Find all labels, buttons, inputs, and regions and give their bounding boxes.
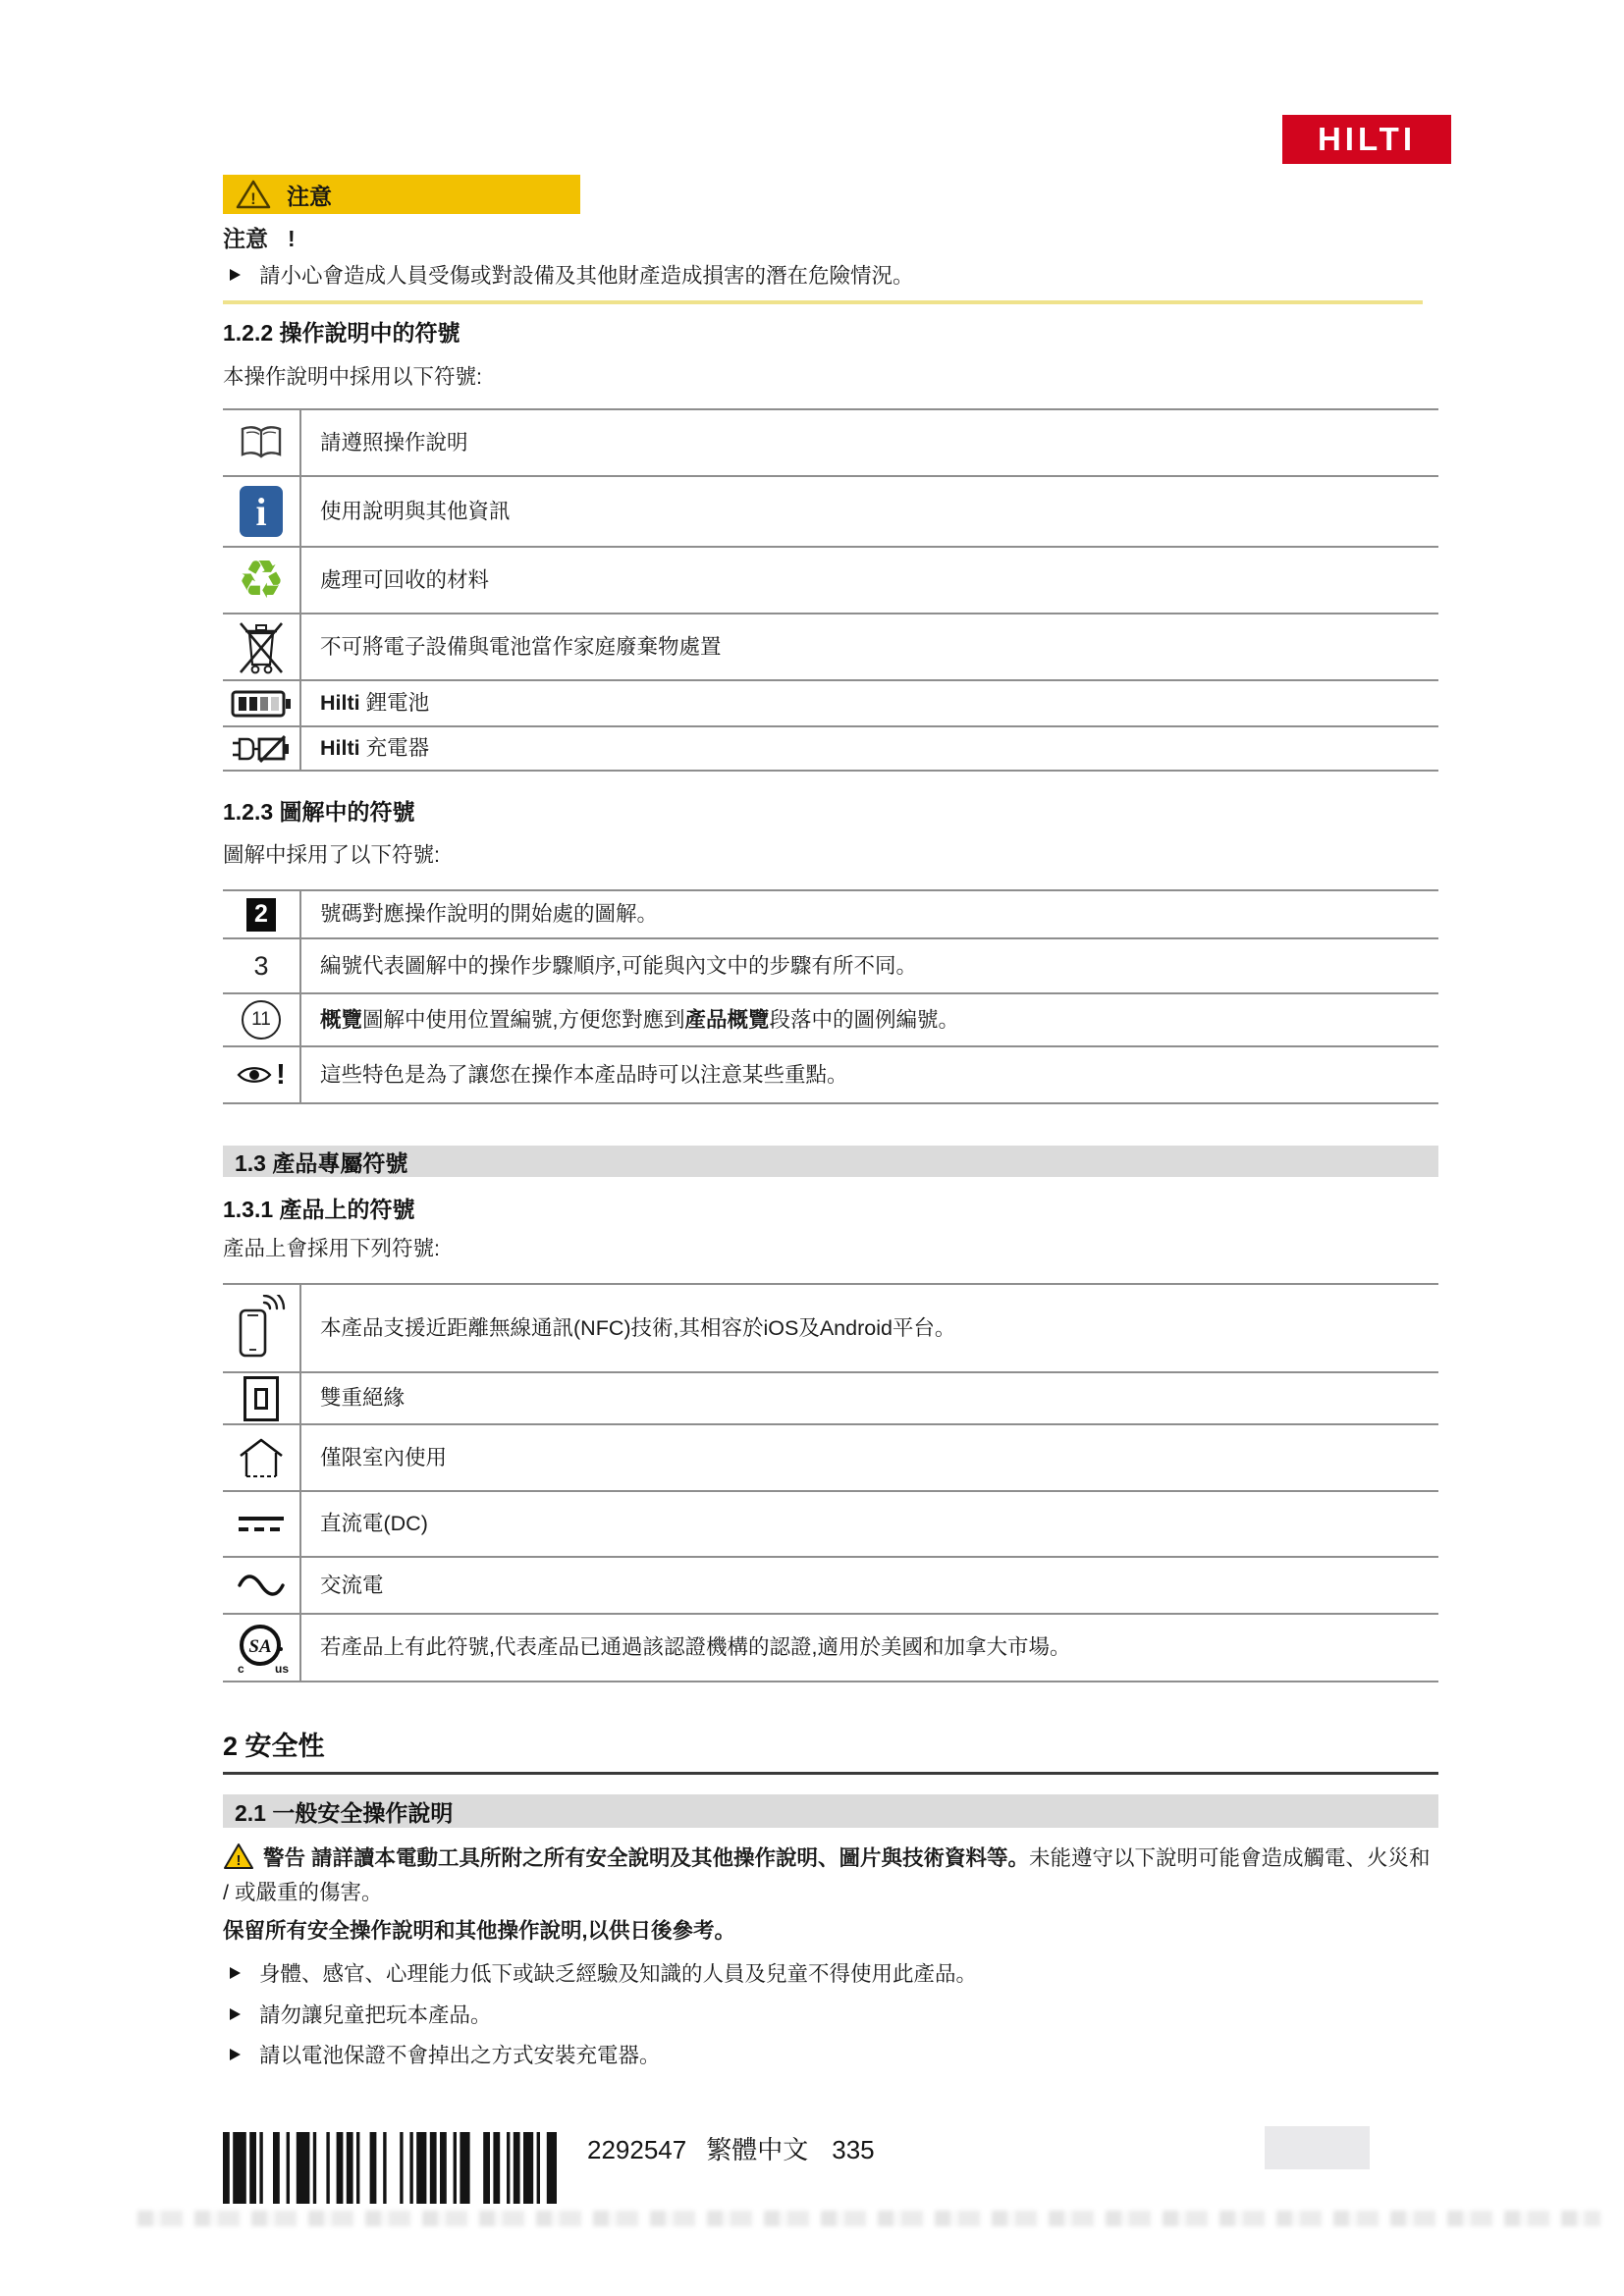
svg-text:c: c xyxy=(238,1662,244,1676)
symbol-description-text: 不可將電子設備與電池當作家庭廢棄物處置 xyxy=(320,633,722,661)
symbol-description-text: 這些特色是為了讓您在操作本產品時可以注意某些重點。 xyxy=(320,1061,848,1089)
caution-banner: ! 注意 xyxy=(223,175,580,214)
section-1-2-2: 1.2.2 操作說明中的符號 本操作說明中採用以下符號: 請遵照操作說明i使用說… xyxy=(223,321,1438,772)
symbol-description: 編號代表圖解中的操作步驟順序,可能與內文中的步驟有所不同。 xyxy=(301,939,1438,992)
number-11-icon: 11 xyxy=(223,994,301,1045)
footer-gray-box xyxy=(1265,2126,1370,2169)
section-bar-heading: 1.3 產品專屬符號 xyxy=(223,1146,1438,1177)
page-info: 2292547繁體中文335 xyxy=(587,2130,875,2166)
text-segment: 本產品支援近距離無線通訊(NFC)技術,其相容於iOS及Android平台。 xyxy=(320,1316,955,1340)
caution-title-word: 注意 xyxy=(223,226,268,251)
section-1-3: 1.3 產品專屬符號 1.3.1 產品上的符號 產品上會採用下列符號: 本產品支… xyxy=(223,1146,1438,1682)
text-segment: 概覽 xyxy=(320,1008,362,1032)
symbol-description-text: Hilti 鋰電池 xyxy=(320,689,429,717)
bullet-triangle-icon xyxy=(230,1967,241,1979)
safety-bullet: 身體、感官、心理能力低下或缺乏經驗及知識的人員及兒童不得使用此產品。 xyxy=(223,1960,1438,1988)
symbol-description: Hilti 充電器 xyxy=(301,727,1438,770)
symbol-description: 概覽圖解中使用位置編號,方便您對應到產品概覽段落中的圖例編號。 xyxy=(301,994,1438,1045)
symbol-description: 處理可回收的材料 xyxy=(301,548,1438,613)
recycle-icon: ♻ xyxy=(223,548,301,613)
table-row: 雙重絕緣 xyxy=(223,1371,1438,1423)
text-segment: 充電器 xyxy=(360,736,429,760)
caution-note-block: ! 注意 注意! 請小心會造成人員受傷或對設備及其他財產造成損害的潛在危險情況。 xyxy=(223,175,1438,304)
symbol-description-text: 若產品上有此符號,代表產品已通過該認證機構的認證,適用於美國和加拿大市場。 xyxy=(320,1633,1070,1661)
info-icon: i xyxy=(223,477,301,546)
warning-triangle-filled-icon: ! xyxy=(223,1842,254,1878)
caution-divider xyxy=(223,300,1423,304)
ghost-text-strip xyxy=(137,2211,1600,2226)
text-segment: 圖解中使用位置編號,方便您對應到 xyxy=(362,1008,684,1032)
text-segment: 請遵照操作說明 xyxy=(320,431,468,454)
warning-triangle-icon: ! xyxy=(236,179,271,210)
text-segment: 號碼對應操作說明的開始處的圖解。 xyxy=(320,902,658,926)
text-segment: 鋰電池 xyxy=(360,691,429,715)
text-segment: 使用說明與其他資訊 xyxy=(320,500,511,523)
bullet-triangle-icon xyxy=(230,2049,241,2060)
section-intro: 圖解中採用了以下符號: xyxy=(223,838,1438,869)
text-segment: 這些特色是為了讓您在操作本產品時可以注意某些重點。 xyxy=(320,1063,848,1087)
symbol-description: 雙重絕緣 xyxy=(301,1373,1438,1423)
warning-paragraph: ! 警告 請詳讀本電動工具所附之所有安全說明及其他操作說明、圖片與技術資料等。未… xyxy=(223,1842,1438,1907)
battery-icon xyxy=(223,681,301,725)
svg-text:!: ! xyxy=(237,1852,242,1869)
text-segment: 若產品上有此符號,代表產品已通過該認證機構的認證,適用於美國和加拿大市場。 xyxy=(320,1635,1070,1659)
text-segment: 僅限室內使用 xyxy=(320,1446,447,1469)
number-3-icon: 3 xyxy=(223,939,301,992)
caution-bullet-text: 請小心會造成人員受傷或對設備及其他財產造成損害的潛在危險情況。 xyxy=(259,262,914,290)
page-number: 335 xyxy=(832,2135,874,2164)
open-book-icon xyxy=(223,410,301,475)
table-row: SAcus若產品上有此符號,代表產品已通過該認證機構的認證,適用於美國和加拿大市… xyxy=(223,1613,1438,1681)
symbol-description: 本產品支援近距離無線通訊(NFC)技術,其相容於iOS及Android平台。 xyxy=(301,1285,1438,1371)
text-segment: 段落中的圖例編號。 xyxy=(770,1008,960,1032)
caution-banner-label: 注意 xyxy=(287,179,332,211)
section-intro: 本操作說明中採用以下符號: xyxy=(223,360,1438,391)
symbol-description-text: 交流電 xyxy=(320,1572,384,1599)
symbol-description-text: 請遵照操作說明 xyxy=(320,429,468,456)
table-row: 不可將電子設備與電池當作家庭廢棄物處置 xyxy=(223,613,1438,679)
table-row: ♻處理可回收的材料 xyxy=(223,546,1438,613)
manual-page: HILTI ! 注意 注意! 請小心會造成人員受傷或對設備及其他財產造成損害的潛… xyxy=(0,0,1624,2296)
caution-title: 注意! xyxy=(223,221,1438,253)
number-2-icon: 2 xyxy=(223,891,301,937)
symbol-description: 這些特色是為了讓您在操作本產品時可以注意某些重點。 xyxy=(301,1047,1438,1102)
double-insulation-icon xyxy=(223,1373,301,1423)
hilti-logo: HILTI xyxy=(1282,115,1451,164)
table-row: i使用說明與其他資訊 xyxy=(223,475,1438,546)
keep-instructions-line: 保留所有安全操作說明和其他操作說明,以供日後參考。 xyxy=(223,1914,1438,1945)
safety-bullet-text: 請以電池保證不會掉出之方式安裝充電器。 xyxy=(259,2042,661,2069)
document-number: 2292547 xyxy=(587,2135,686,2164)
symbol-description-text: 雙重絕緣 xyxy=(320,1384,405,1412)
section-heading: 1.2.3 圖解中的符號 xyxy=(223,800,1438,824)
symbol-description: 使用說明與其他資訊 xyxy=(301,477,1438,546)
table-row: 11概覽圖解中使用位置編號,方便您對應到產品概覽段落中的圖例編號。 xyxy=(223,992,1438,1045)
barcode xyxy=(223,2132,557,2204)
section-2-safety: 2 安全性 2.1 一般安全操作說明 ! 警告 請詳讀本電動工具所附之所有安全說… xyxy=(223,1725,1438,2069)
csa-mark-icon: SAcus xyxy=(223,1615,301,1681)
symbol-description-text: 號碼對應操作說明的開始處的圖解。 xyxy=(320,900,658,928)
symbol-description: 交流電 xyxy=(301,1558,1438,1613)
eye-attention-icon: ! xyxy=(223,1047,301,1102)
text-segment: 警告 請詳讀本電動工具所附之所有安全說明及其他操作說明、圖片與技術資料等。 xyxy=(263,1846,1029,1870)
symbol-description: 請遵照操作說明 xyxy=(301,410,1438,475)
chapter-heading: 2 安全性 xyxy=(223,1725,1438,1775)
svg-text:!: ! xyxy=(250,189,256,208)
text-segment: 編號代表圖解中的操作步驟順序,可能與內文中的步驟有所不同。 xyxy=(320,954,917,978)
symbol-description-text: 編號代表圖解中的操作步驟順序,可能與內文中的步驟有所不同。 xyxy=(320,952,917,980)
bullet-triangle-icon xyxy=(230,2008,241,2020)
safety-bullet-text: 身體、感官、心理能力低下或缺乏經驗及知識的人員及兒童不得使用此產品。 xyxy=(259,1960,977,1988)
table-row: 3編號代表圖解中的操作步驟順序,可能與內文中的步驟有所不同。 xyxy=(223,937,1438,992)
table-row: 交流電 xyxy=(223,1556,1438,1613)
symbol-table: 本產品支援近距離無線通訊(NFC)技術,其相容於iOS及Android平台。雙重… xyxy=(223,1283,1438,1682)
symbol-description-text: 直流電(DC) xyxy=(320,1510,428,1537)
text-segment: 交流電 xyxy=(320,1574,384,1597)
symbol-description-text: 處理可回收的材料 xyxy=(320,566,489,594)
section-1-2-3: 1.2.3 圖解中的符號 圖解中採用了以下符號: 2號碼對應操作說明的開始處的圖… xyxy=(223,800,1438,1104)
caution-bullet: 請小心會造成人員受傷或對設備及其他財產造成損害的潛在危險情況。 xyxy=(223,262,1438,290)
section-bar-heading: 2.1 一般安全操作說明 xyxy=(223,1794,1438,1828)
text-segment: 直流電(DC) xyxy=(320,1512,428,1535)
table-row: Hilti 充電器 xyxy=(223,725,1438,770)
caution-title-bang: ! xyxy=(288,226,296,251)
symbol-table: 請遵照操作說明i使用說明與其他資訊♻處理可回收的材料不可將電子設備與電池當作家庭… xyxy=(223,408,1438,772)
symbol-description-text: 使用說明與其他資訊 xyxy=(320,498,511,525)
symbol-description-text: 概覽圖解中使用位置編號,方便您對應到產品概覽段落中的圖例編號。 xyxy=(320,1006,959,1034)
symbol-description-text: Hilti 充電器 xyxy=(320,734,429,762)
table-row: Hilti 鋰電池 xyxy=(223,679,1438,725)
table-row: 本產品支援近距離無線通訊(NFC)技術,其相容於iOS及Android平台。 xyxy=(223,1283,1438,1371)
symbol-description: 僅限室內使用 xyxy=(301,1425,1438,1490)
table-row: 請遵照操作說明 xyxy=(223,408,1438,475)
svg-text:SA: SA xyxy=(248,1636,271,1657)
text-segment: Hilti xyxy=(320,691,360,715)
dc-current-icon xyxy=(223,1492,301,1556)
text-segment: 產品概覽 xyxy=(685,1008,770,1032)
section-intro: 產品上會採用下列符號: xyxy=(223,1232,1438,1262)
svg-text:us: us xyxy=(275,1662,289,1676)
nfc-icon xyxy=(223,1285,301,1371)
subsection-heading: 1.3.1 產品上的符號 xyxy=(223,1198,1438,1221)
hilti-logo-text: HILTI xyxy=(1318,121,1416,158)
table-row: 直流電(DC) xyxy=(223,1490,1438,1556)
table-row: 僅限室內使用 xyxy=(223,1423,1438,1490)
warning-text: 警告 請詳讀本電動工具所附之所有安全說明及其他操作說明、圖片與技術資料等。未能遵… xyxy=(223,1846,1431,1904)
ac-current-icon xyxy=(223,1558,301,1613)
safety-bullet-text: 請勿讓兒童把玩本產品。 xyxy=(259,2002,492,2029)
indoor-use-icon xyxy=(223,1425,301,1490)
table-row: !這些特色是為了讓您在操作本產品時可以注意某些重點。 xyxy=(223,1045,1438,1102)
symbol-description: 直流電(DC) xyxy=(301,1492,1438,1556)
text-segment: 不可將電子設備與電池當作家庭廢棄物處置 xyxy=(320,635,722,659)
symbol-description: 若產品上有此符號,代表產品已通過該認證機構的認證,適用於美國和加拿大市場。 xyxy=(301,1615,1438,1681)
weee-bin-icon xyxy=(223,614,301,679)
symbol-description: Hilti 鋰電池 xyxy=(301,681,1438,725)
charger-icon xyxy=(223,727,301,770)
symbol-description: 號碼對應操作說明的開始處的圖解。 xyxy=(301,891,1438,937)
symbol-description: 不可將電子設備與電池當作家庭廢棄物處置 xyxy=(301,614,1438,679)
safety-bullet-list: 身體、感官、心理能力低下或缺乏經驗及知識的人員及兒童不得使用此產品。請勿讓兒童把… xyxy=(223,1960,1438,2069)
bullet-triangle-icon xyxy=(230,269,241,281)
section-heading: 1.2.2 操作說明中的符號 xyxy=(223,321,1438,345)
symbol-description-text: 僅限室內使用 xyxy=(320,1444,447,1471)
symbol-table: 2號碼對應操作說明的開始處的圖解。3編號代表圖解中的操作步驟順序,可能與內文中的… xyxy=(223,889,1438,1104)
safety-bullet: 請勿讓兒童把玩本產品。 xyxy=(223,2002,1438,2029)
text-segment: 處理可回收的材料 xyxy=(320,568,489,592)
language-label: 繁體中文 xyxy=(706,2135,808,2164)
safety-bullet: 請以電池保證不會掉出之方式安裝充電器。 xyxy=(223,2042,1438,2069)
symbol-description-text: 本產品支援近距離無線通訊(NFC)技術,其相容於iOS及Android平台。 xyxy=(320,1314,955,1342)
text-segment: 雙重絕緣 xyxy=(320,1386,405,1410)
text-segment: Hilti xyxy=(320,736,360,760)
table-row: 2號碼對應操作說明的開始處的圖解。 xyxy=(223,889,1438,937)
